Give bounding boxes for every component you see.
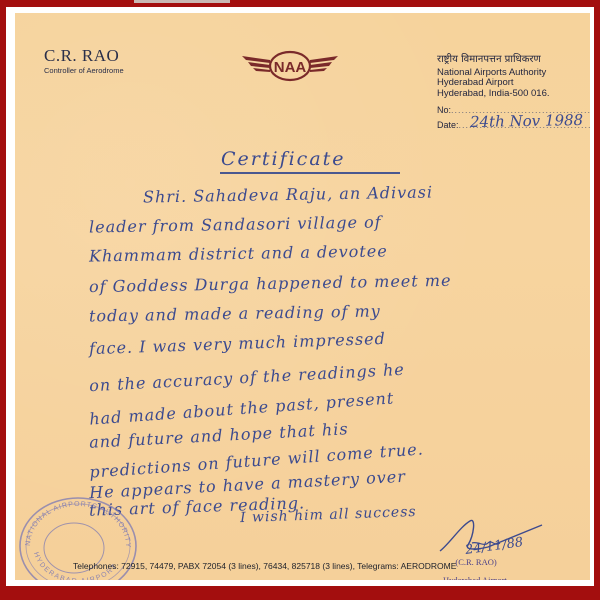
body-line: today and made a reading of my (89, 301, 381, 325)
body-line: face. I was very much impressed (89, 329, 386, 358)
signatory-office: Hyderabad Airport. (443, 575, 509, 580)
signature-icon (430, 513, 550, 563)
body-line: Khammam district and a devotee (89, 241, 388, 265)
svg-text:NATIONAL AIRPORTS AUTHORITY: NATIONAL AIRPORTS AUTHORITY (25, 501, 131, 548)
body-line: leader from Sandasori village of (89, 212, 382, 236)
footer-contacts: Telephones: 72915, 74479, PABX 72054 (3 … (73, 561, 456, 571)
body-line: had made about the past, present (89, 388, 395, 428)
top-tab (134, 0, 230, 3)
body-line: of Goddess Durga happened to meet me (89, 271, 452, 296)
body-line: Shri. Sahadeva Raju, an Adivasi (143, 182, 433, 206)
letter-paper: C.R. RAO Controller of Aerodrome NAA राष… (15, 13, 590, 580)
